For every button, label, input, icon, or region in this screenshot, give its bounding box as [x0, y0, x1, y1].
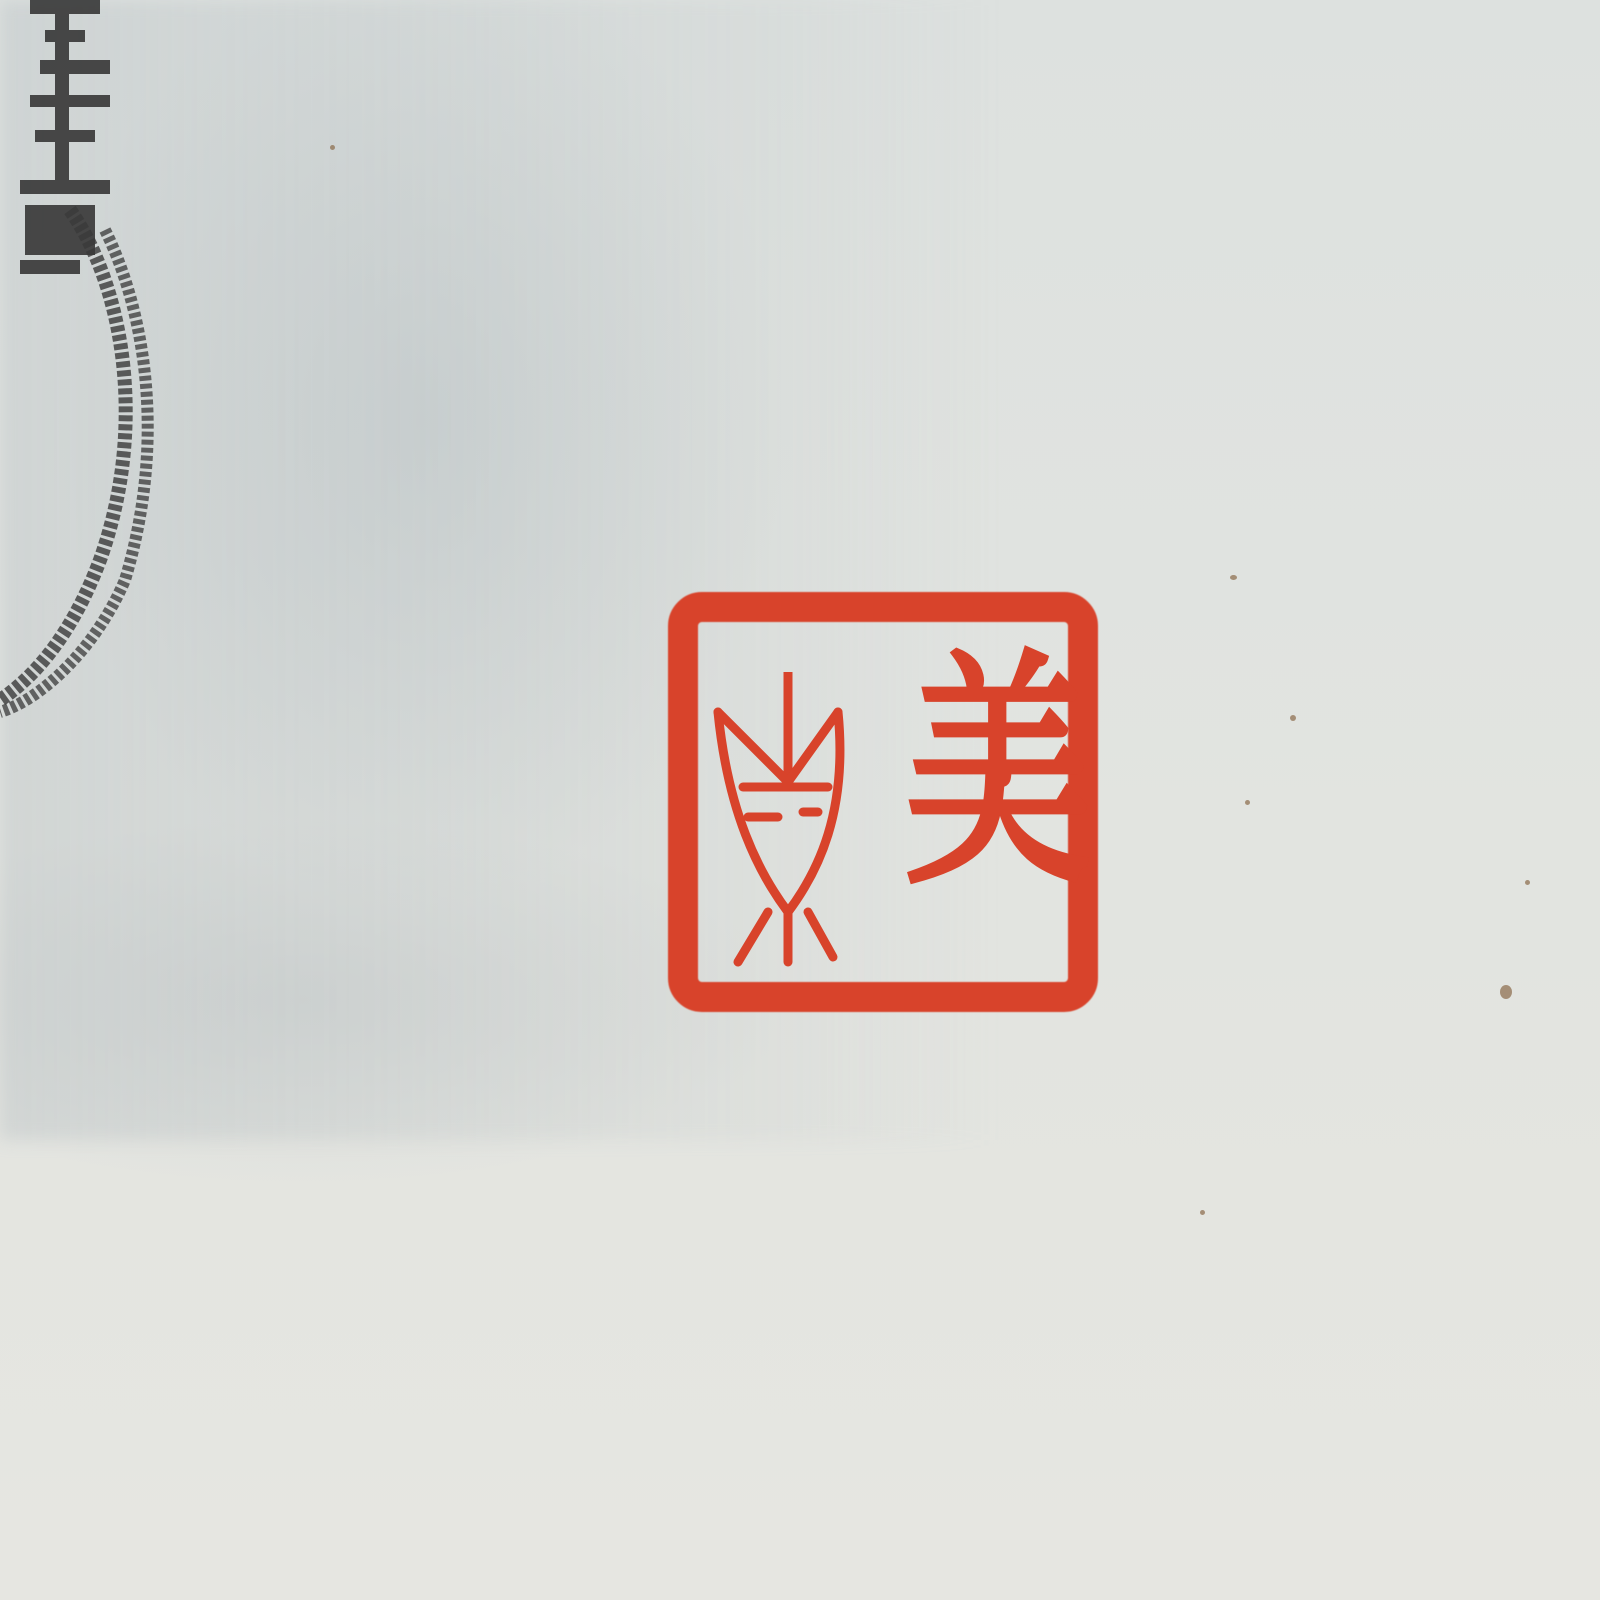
seal-character-left-fish	[708, 672, 868, 972]
seal-character-right: 美	[904, 647, 1092, 897]
paper-speck	[1500, 985, 1512, 999]
paper-speck	[1290, 715, 1296, 721]
calligraphy-brush-strokes	[0, 0, 200, 720]
red-seal-stamp: 美	[668, 592, 1098, 1012]
paper-speck	[1200, 1210, 1205, 1215]
paper-speck	[1230, 575, 1237, 580]
paper-speck	[330, 145, 335, 150]
paper-speck	[1245, 800, 1250, 805]
paper-speck	[1525, 880, 1530, 885]
